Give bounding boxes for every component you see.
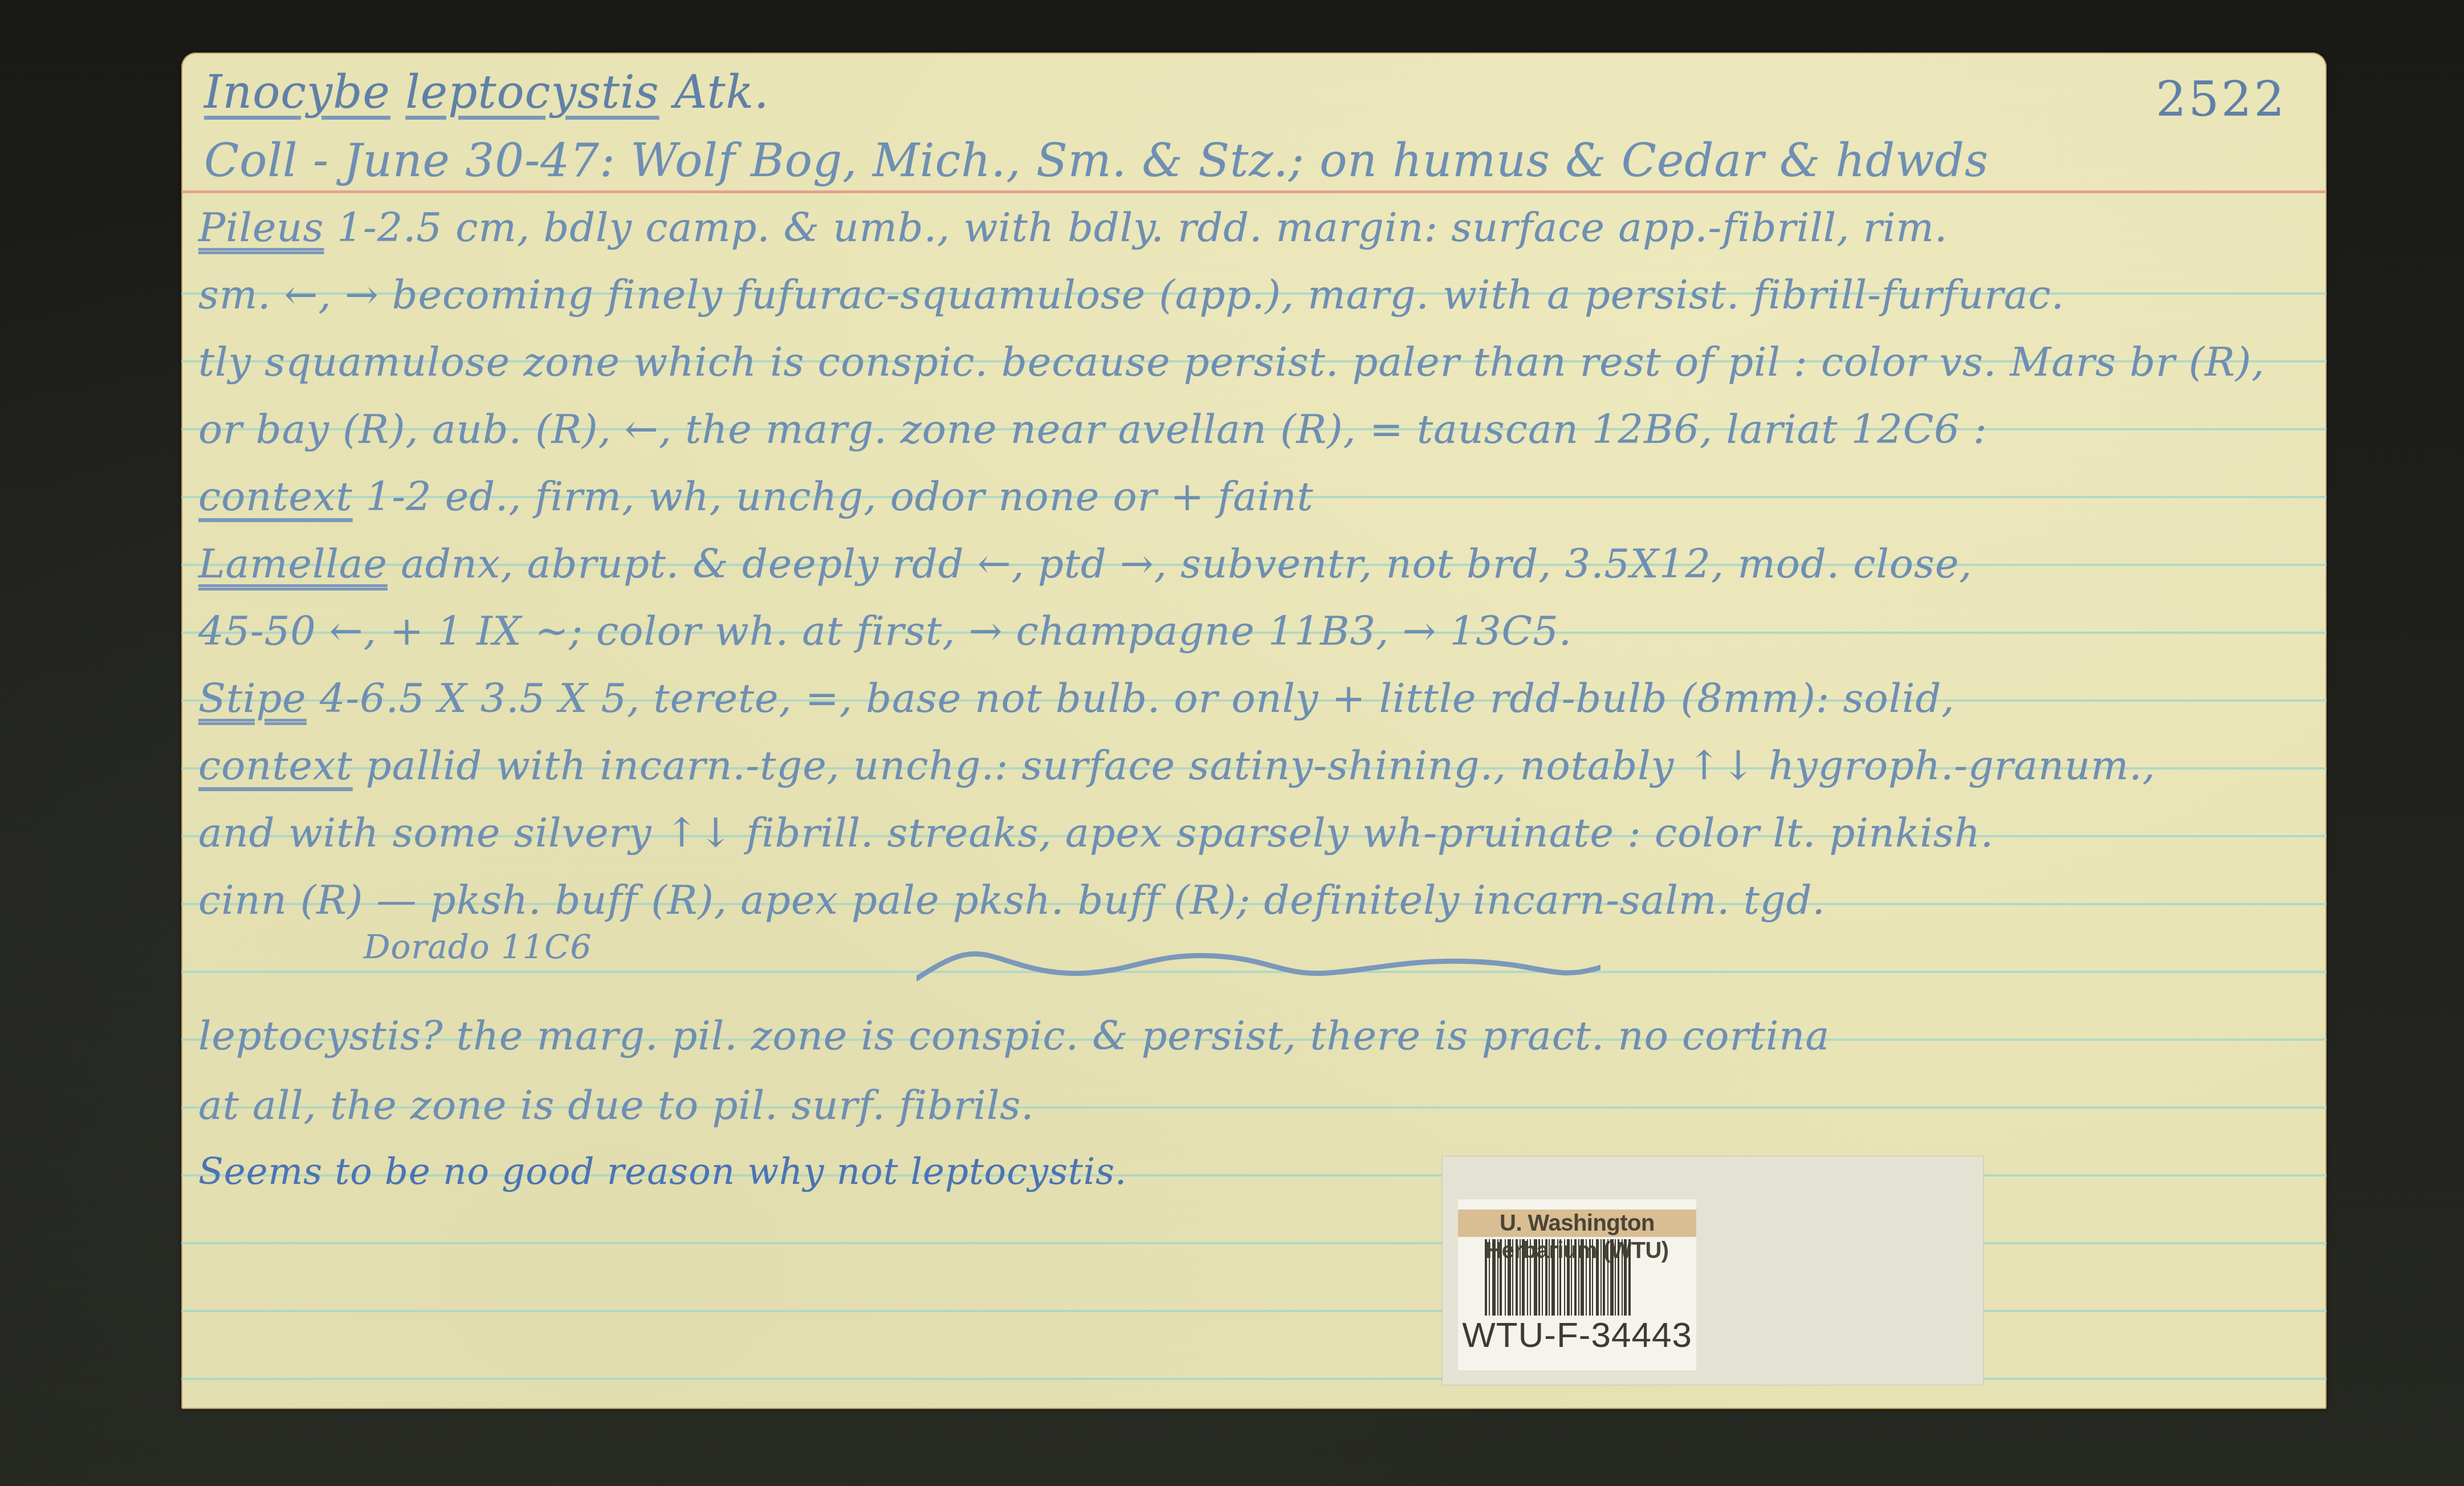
note-text: at all, the zone is due to pil. surf. fi… <box>198 1082 1034 1129</box>
card-number: 2522 <box>2156 75 2287 123</box>
line-text: 1-2.5 cm, bdly camp. & umb., with bdly. … <box>337 204 1948 251</box>
barcode-icon <box>1485 1239 1669 1316</box>
line-text: tly squamulose zone which is conspic. be… <box>198 339 2265 385</box>
description-line: cinn (R) — pksh. buff (R), apex pale pks… <box>198 880 1826 920</box>
author-citation: Atk. <box>674 66 769 119</box>
dorado-color-note: Dorado 11C6 <box>364 930 592 963</box>
barcode-label: U. Washington Herbarium (WTU) <box>1458 1199 1696 1370</box>
catalog-number: WTU-F-34443 <box>1458 1318 1696 1353</box>
description-line: tly squamulose zone which is conspic. be… <box>198 342 2265 382</box>
note-text: leptocystis? the marg. pil. zone is cons… <box>198 1012 1830 1059</box>
species-epithet: leptocystis <box>405 66 659 119</box>
description-line: sm. ←, → becoming finely fufurac-squamul… <box>198 275 2064 315</box>
line-text: adnx, abrupt. & deeply rdd ←, ptd →, sub… <box>401 540 1972 587</box>
barcode-label-backing: U. Washington Herbarium (WTU) <box>1442 1156 1984 1385</box>
line-text: and with some silvery ↑↓ fibrill. streak… <box>198 809 1994 856</box>
collection-line: Coll - June 30-47: Wolf Bog, Mich., Sm. … <box>204 138 1989 184</box>
line-heading: Stipe <box>198 675 307 722</box>
description-line: 45-50 ←, + 1 IX ~; color wh. at first, →… <box>198 611 1572 651</box>
line-text: pallid with incarn.-tge, unchg.: surface… <box>366 742 2156 789</box>
herbarium-index-card: Inocybe leptocystis Atk. 2522 Coll - Jun… <box>181 52 2327 1409</box>
line-text: or bay (R), aub. (R), ←, the marg. zone … <box>198 406 1988 453</box>
line-text: cinn (R) — pksh. buff (R), apex pale pks… <box>198 877 1826 923</box>
line-heading: context <box>198 473 353 520</box>
description-line-lamellae: Lamellae adnx, abrupt. & deeply rdd ←, p… <box>198 544 1973 584</box>
line-text: 45-50 ←, + 1 IX ~; color wh. at first, →… <box>198 608 1572 654</box>
line-text: sm. ←, → becoming finely fufurac-squamul… <box>198 271 2064 318</box>
description-line: and with some silvery ↑↓ fibrill. streak… <box>198 813 1994 853</box>
line-text: 4-6.5 X 3.5 X 5, terete, =, base not bul… <box>320 675 1955 722</box>
red-header-rule <box>181 190 2327 193</box>
line-heading: Lamellae <box>198 540 388 587</box>
line-heading: context <box>198 742 353 789</box>
description-line: or bay (R), aub. (R), ←, the marg. zone … <box>198 409 1988 449</box>
taxon-title: Inocybe leptocystis Atk. <box>204 70 769 115</box>
description-line-stipe-context: context pallid with incarn.-tge, unchg.:… <box>198 746 2156 785</box>
genus-name: Inocybe <box>204 66 390 119</box>
wavy-underline-mark <box>917 944 1600 984</box>
note-line: leptocystis? the marg. pil. zone is cons… <box>198 1016 1830 1056</box>
note-line: at all, the zone is due to pil. surf. fi… <box>198 1085 1034 1125</box>
note-line-final: Seems to be no good reason why not lepto… <box>198 1154 1127 1190</box>
description-line-context: context 1-2 ed., firm, wh, unchg, odor n… <box>198 477 1314 516</box>
line-heading: Pileus <box>198 204 324 251</box>
institution-name: U. Washington Herbarium (WTU) <box>1458 1210 1696 1237</box>
line-text: 1-2 ed., firm, wh, unchg, odor none or +… <box>366 473 1314 520</box>
description-line-pileus: Pileus 1-2.5 cm, bdly camp. & umb., with… <box>198 207 1948 247</box>
note-text: Seems to be no good reason why not lepto… <box>198 1151 1127 1193</box>
description-line-stipe: Stipe 4-6.5 X 3.5 X 5, terete, =, base n… <box>198 678 1955 718</box>
